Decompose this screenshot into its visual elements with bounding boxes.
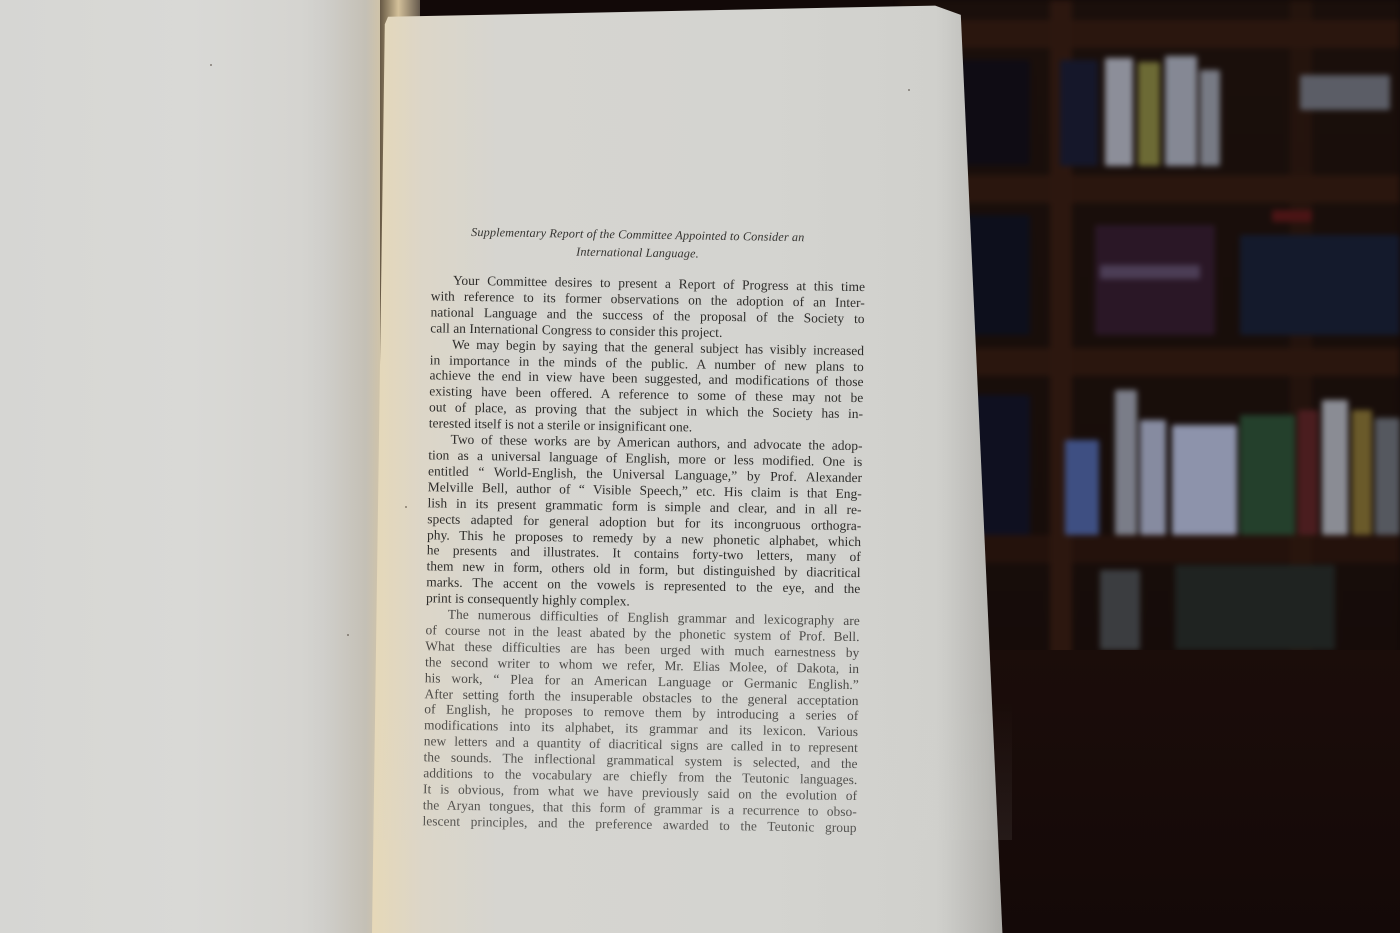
book-spine [1060, 60, 1098, 166]
book-spine [1100, 265, 1200, 279]
book-spine [1298, 410, 1318, 535]
book-spine [1272, 210, 1312, 222]
paper-speck [347, 634, 349, 636]
book-spine [1175, 565, 1335, 650]
book-spine [1240, 415, 1295, 535]
book-spine [1300, 75, 1390, 110]
photo-scene: Supplementary Report of the Committee Ap… [0, 0, 1400, 933]
shelf-board [900, 175, 1400, 203]
book-spine [1105, 58, 1133, 166]
book-spine [1200, 70, 1220, 166]
paper-speck [908, 89, 910, 91]
book-spine [1095, 225, 1215, 335]
report-title: Supplementary Report of the Committee Ap… [409, 222, 866, 265]
book-spine [1322, 400, 1348, 535]
paragraph-3: Two of these works are by American autho… [404, 431, 863, 613]
book-spine [1065, 440, 1099, 535]
book-spine [1165, 56, 1197, 166]
book-spine [1115, 390, 1137, 535]
printed-text-block: Supplementary Report of the Committee Ap… [400, 222, 865, 836]
book-spine [1240, 235, 1400, 335]
paragraph-4: The numerous difficulties of English gra… [400, 606, 859, 836]
paper-speck [210, 64, 212, 66]
book-spine [1172, 425, 1237, 535]
book-spine [1140, 420, 1166, 535]
book-spine [1375, 418, 1400, 535]
paragraph-1: Your Committee desires to present a Repo… [408, 272, 865, 343]
paragraph-2: We may begin by saying that the general … [407, 336, 864, 439]
shelf-board [900, 20, 1400, 48]
book-spine [1352, 410, 1372, 535]
desk-surface [980, 650, 1400, 933]
book-spine [1100, 570, 1140, 650]
book-spine [1138, 62, 1160, 166]
